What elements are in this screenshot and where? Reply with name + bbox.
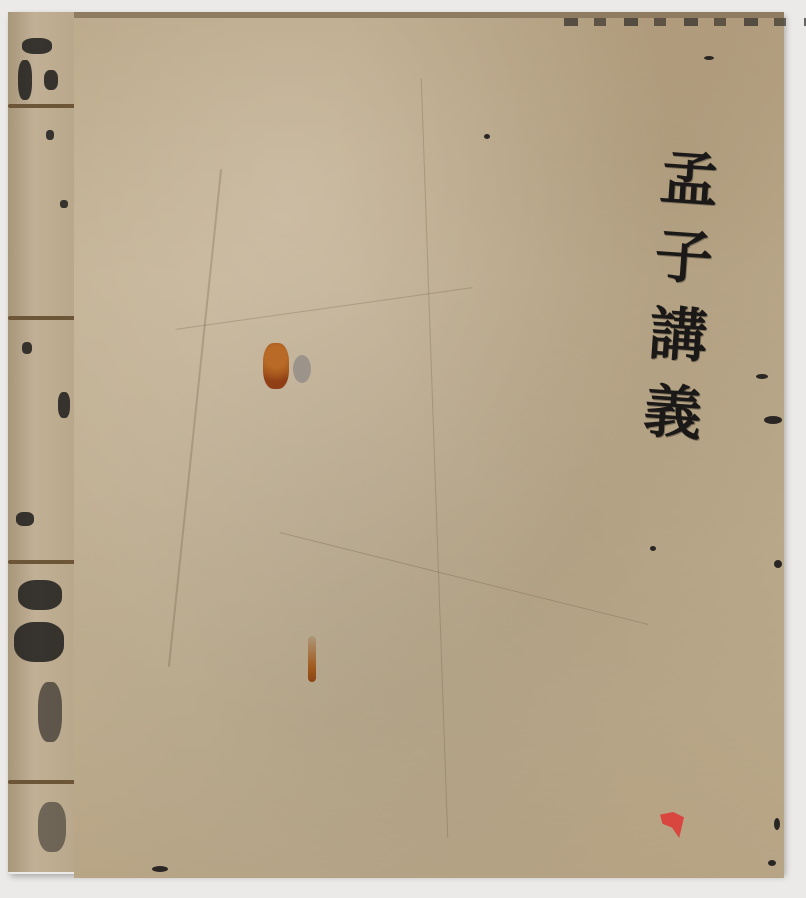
spine-ink: [38, 802, 66, 852]
crease: [280, 532, 649, 625]
spine-ink: [58, 392, 70, 418]
speck: [764, 416, 782, 424]
spine-ink: [60, 200, 68, 208]
binding-thread: [8, 560, 78, 564]
speck: [704, 56, 714, 60]
title-char: 講: [647, 300, 709, 370]
spine-ink: [14, 622, 64, 662]
drip-stain: [308, 636, 316, 682]
spine-ink: [16, 512, 34, 526]
speck: [756, 374, 768, 379]
title-char: 孟: [658, 144, 720, 214]
speck: [774, 818, 780, 830]
title-char: 子: [652, 222, 714, 292]
spine-ink: [44, 70, 58, 90]
binding-thread: [8, 316, 78, 320]
crease: [421, 78, 449, 838]
photo-scene: 孟 子 講 義: [0, 0, 806, 898]
speck: [484, 134, 490, 139]
cover-title: 孟 子 講 義: [636, 144, 727, 448]
crease: [168, 169, 222, 666]
speck: [152, 866, 168, 872]
speck: [768, 860, 776, 866]
book-spine: [8, 12, 78, 872]
binding-thread: [8, 104, 78, 108]
spine-ink: [18, 60, 32, 100]
binding-thread: [8, 780, 78, 784]
speck: [774, 560, 782, 568]
spine-ink: [46, 130, 54, 140]
spine-ink: [22, 342, 32, 354]
spine-ink: [18, 580, 62, 610]
speck: [650, 546, 656, 551]
top-edge-ink: [564, 18, 806, 26]
book: 孟 子 講 義: [8, 12, 784, 874]
spine-ink: [38, 682, 62, 742]
orange-stain: [263, 343, 289, 389]
book-cover: 孟 子 講 義: [74, 12, 784, 878]
title-char: 義: [642, 378, 704, 448]
spine-ink: [22, 38, 52, 54]
gray-stain: [293, 355, 311, 383]
